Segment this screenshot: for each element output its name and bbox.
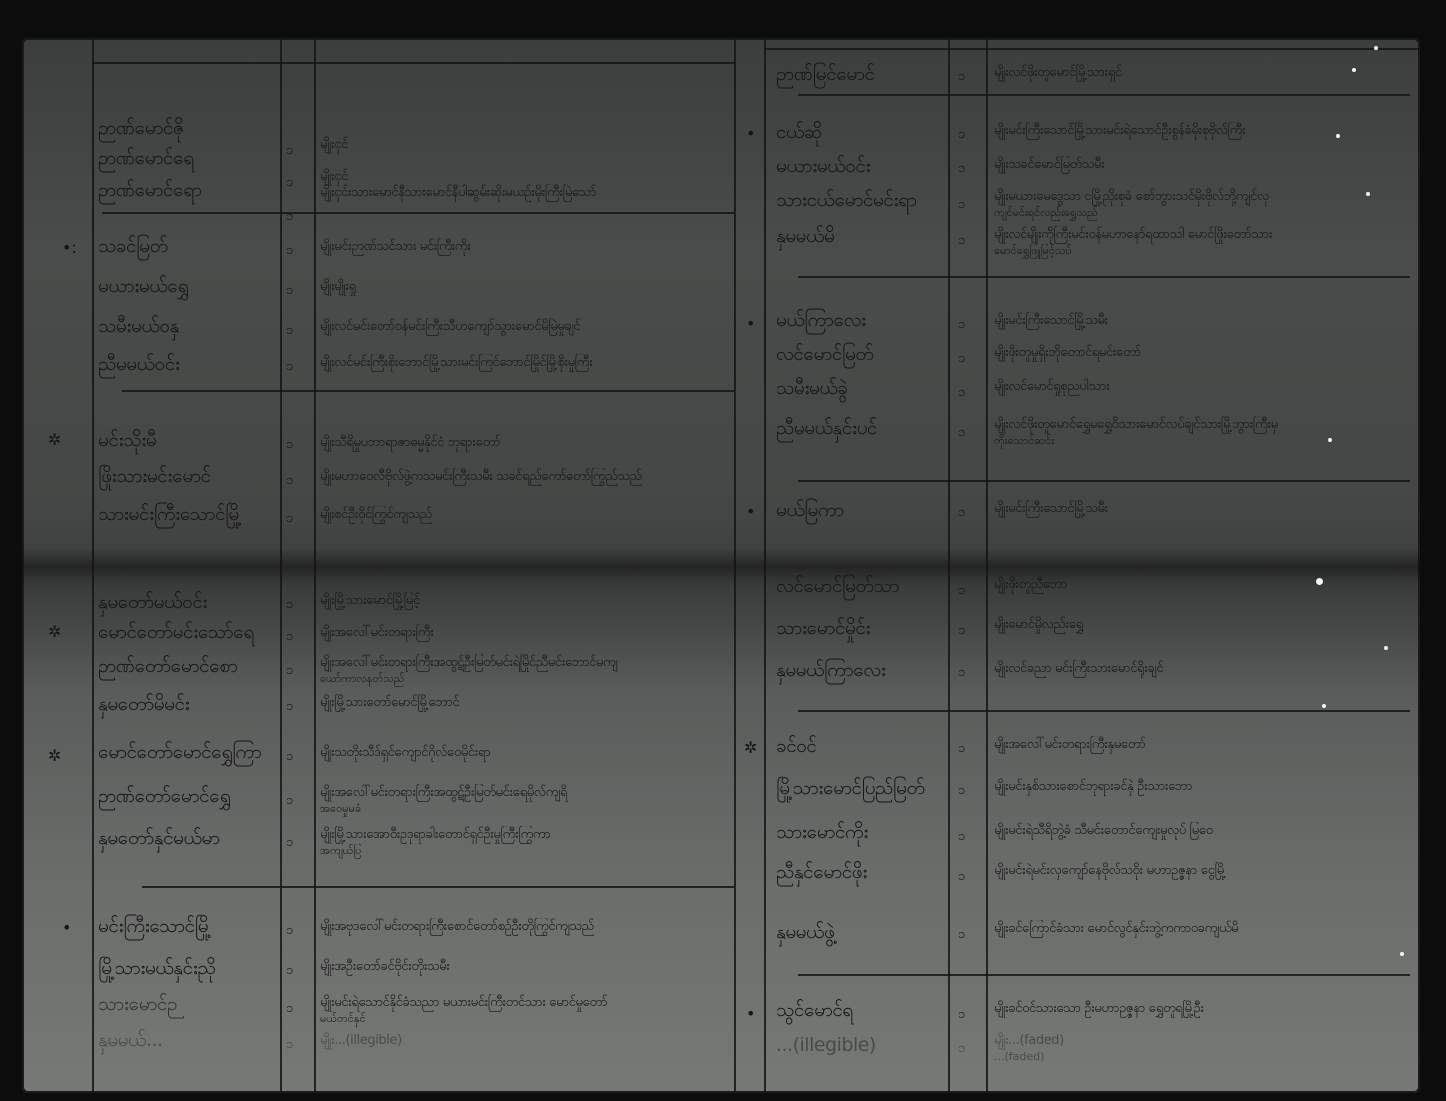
entry-description: မျိုးသီရိမှုပဘာရာဇာဓမ္မနိုင်ငံ ဘုရားတော် [320,434,730,453]
entry-description: မျိုးမင်းရဲသောင်နိုင်ခံသညာ မယားမင်းကြီးတ… [320,994,730,1013]
entry-description: မျိုးမင်းကြီးသောင်မြို့သမီး [994,312,1414,331]
entry-description: မျိုးလင်မင်းတော်ဝန်မင်းကြီးသီဟကျော်သွားမ… [320,318,730,337]
column-rule [734,38,736,1093]
entry-count: ၁ [958,384,965,403]
entry-count: ၁ [958,504,965,523]
film-speck [1352,68,1356,72]
entry-name: လင်မောင်မြတ်သာ [776,574,899,602]
entry-description: မျိုးမြို့သားအောဝီးဥဒုရာခါးတောင်ရှင်ဦးမှ… [320,826,730,845]
entry-name: ဉာဏ်တော်မောင်စော [98,654,237,682]
entry-name: သားငယ်မောင်မင်းရာ [776,188,916,216]
entry-description: မျိုးလင်ဖိုးတူမောင်မြို့သားရှင် [994,64,1414,83]
row-rule [798,276,1410,278]
entry-count: ၁ [286,142,293,161]
entry-count: ၁ [286,1000,293,1019]
row-rule [122,390,734,392]
entry-count: ၁ [958,782,965,801]
entry-count: ၁ [286,628,293,647]
entry-description: မျိုးမြို့သားမောင်မြို့မြင့် [320,592,730,611]
entry-name: လင်မောင်မြတ် [776,342,873,370]
entry-description: မျိုးဖိုးတူမှုရှိးဘိုတောင်ရမင်းတော် [994,344,1414,363]
entry-name: ဖြိုးသားမင်းမောင် [98,464,211,492]
column-rule [764,38,766,1093]
margin-dot-mark: • [746,124,755,143]
entry-count: ၁ [286,472,293,491]
entry-name: မယားမယ်ဝင်း [776,154,870,182]
entry-description: မျိုးအဦးတော်ခင်ဗိုင်းတိုးသမီး [320,958,730,977]
column-rule [948,38,950,1093]
column-rule [986,38,988,1093]
entry-count: ၁ [958,1040,965,1059]
entry-description: မျိုးအဗုဒလေါ်မင်းတရားကြီးစောင်တော်စဉ်ဦးတ… [320,918,730,937]
entry-count: ၁ [286,282,293,301]
entry-name: သမီးမယ်ဝနှ [98,314,179,342]
entry-description: မျိုးမင်းကြီးသောင်မြို့သမီး [994,500,1414,519]
entry-description: မျိုးအလေါ်မင်းတရားကြီးအထွဋ်ဦးမြတ်မင်းရေမ… [320,784,730,803]
entry-name: သားမောင်ဉ [98,992,177,1020]
entry-name: မယားမယ်ရွှေ [98,274,188,302]
entry-description: မျိုးလင်မျိုးကိုကြီးမင်းဝန်မဟာနော်ရထာသါ … [994,226,1414,245]
row-rule [764,48,1420,50]
entry-description: မျိုးသတိုးသီဒ်ရှင်ကျောင်ဂိုလ်ဝေမိုင်းရာ [320,744,730,763]
entry-count: ၁ [286,174,293,193]
entry-count: ၁ [958,160,965,179]
entry-name: နှမတော်နှင်မယ်မာ [98,826,220,854]
entry-count: ၁ [958,424,965,443]
entry-count: ၁ [286,208,293,227]
entry-count: ၁ [286,436,293,455]
film-speck [1384,646,1388,650]
entry-name: သွင်မောင်ရ [776,998,853,1026]
entry-count: ၁ [958,740,965,759]
entry-name: ငယ်ဆို [776,120,822,148]
margin-mark: •: [62,238,77,257]
entry-name: မောင်တော်မောင်ရွှေကြာ [98,740,261,768]
entry-description: မျိုးခင်ဝင်သားသော ဦးမဟာဥဇ္ဇနာ ရွှေတူရမြိ… [994,1000,1414,1019]
entry-description: မျိုးခင်ကြောင်ခံသား မောင်လွင်နှင်းဘွဲ့ကက… [994,920,1414,939]
entry-count: ၁ [958,68,965,87]
entry-name: မြို့သားမောင်ပြည်မြတ် [776,776,924,804]
entry-name: ဉာဏ်မြင်မောင် [776,62,875,90]
entry-description: မျိုးဖိုးတူညီဘော [994,576,1414,595]
entry-description: မျိုးငှင်းသားမောင်နီသားမောင်နီပါဆွမ်းဆို… [320,184,730,203]
entry-description: မျိုးမြို့သားတော်မောင်မြို့ဘောင် [320,694,730,713]
right-page: ဉာဏ်မြင်မောင် ၁ မျိုးလင်ဖိုးတူမောင်မြို့… [758,38,1420,1093]
entry-description-continued: မယ်တင်နှင် [320,1012,730,1028]
film-speck [1366,192,1370,196]
film-speck [1374,46,1378,50]
entry-description: မျိုးလင်မင်းကြီးစိုးဘောင်မြို့သားမင်းကြင… [320,354,730,373]
entry-description-continued: ကျင်မင်းရင်လည်းရွှေသည် [994,206,1414,222]
film-speck [1328,438,1332,442]
entry-description: မျိုးမယားမေဒွေသာ ငမြို့ညိုးစုခံ စော်ဘွား… [994,188,1414,207]
entry-name: နှမမယ်မိ [776,224,834,252]
margin-rosette-mark: ✲ [48,622,61,641]
entry-name: ဉာဏ်တော်မောင်ရွှေ [98,784,230,812]
entry-count: ၁ [958,582,965,601]
entry-description-continued: အဝေမှုမခံ [320,802,730,818]
entry-name: မင်းကြီးသောင်မြို့ [98,914,211,942]
entry-name: သားမောင်မှိုင်း [776,616,870,644]
entry-description-continued: ...(faded) [994,1050,1414,1063]
entry-description-continued: ကိုးသောင်ဆင်း [994,434,1414,450]
entry-name: မင်းသိုးမီ [98,428,156,456]
entry-name: သခင်မြတ် [98,234,168,262]
entry-count: ၁ [958,196,965,215]
column-rule [314,38,316,1093]
entry-count: ၁ [286,596,293,615]
row-rule [102,212,734,214]
entry-name: နှမမယ်ကြာလေး [776,658,886,686]
margin-dot-mark: • [62,918,71,937]
column-rule [280,38,282,1093]
entry-name: နှမတော်မယ်ဝင်း [98,590,207,618]
entry-name: ဉာဏ်မောင်ရော [98,178,202,206]
film-speck [1322,704,1326,708]
entry-name: နှမမယ်ဖွဲ့ [776,920,834,948]
left-page: ဉာဏ်မောင်ဇို ၁ မျိုးငှင် ဉာဏ်မောင်ရေ ၁ မ… [22,38,758,1093]
entry-description-continued: မောင်ရွှေဖြူမြင့်သပ် [994,244,1414,260]
film-speck [1336,134,1340,138]
row-rule [798,480,1410,482]
margin-rosette-mark: ✲ [744,738,757,757]
entry-description: မျိုးမင်းရဲသီရိဘွဲ့ခံ သီမင်းတောင်ကျေးမှု… [994,822,1414,841]
entry-description: မျိုးသခင်မောင်မြတ်သမီး [994,156,1414,175]
entry-count: ၁ [958,926,965,945]
entry-name: ခင်ဝင် [776,734,816,762]
row-rule [798,94,1410,96]
row-rule [92,62,734,64]
entry-count: ၁ [286,510,293,529]
entry-name: သမီးမယ်ခွဲ [776,376,848,404]
film-speck [1400,952,1404,956]
entry-count: ၁ [286,242,293,261]
entry-description: မျိုးငှင် [320,136,730,155]
entry-count: ၁ [958,316,965,335]
entry-name: မယ်မြကာ [776,498,844,526]
entry-description: မျိုးအလေါ်မင်းတရားကြီးနှမတော် [994,736,1414,755]
entry-description: မျိုးစင်ဦးဝိုင်ကြွင်ကျသည် [320,506,730,525]
entry-description: မျိုးမဟာဝေလီဗိုလ်ဖွဲ့ကသမင်းကြီးသမီး သခင်… [320,468,730,487]
margin-dot-mark: • [746,1004,755,1023]
entry-count: ၁ [286,662,293,681]
entry-description: မျိုးမင်းဉာဏ်သင်သား မင်းကြီးကိုး [320,238,730,257]
entry-count: ၁ [286,834,293,853]
entry-name-faded: ...(illegible) [776,1034,876,1056]
entry-count: ၁ [286,748,293,767]
margin-dot-mark: • [746,314,755,333]
column-rule [92,38,94,1093]
entry-name: သားမောင်ကိုး [776,820,868,848]
entry-name: မြို့သားမယ်နှင်းညို [98,956,215,984]
entry-count: ၁ [286,1036,293,1055]
entry-description-continued: ယော်ကာလနတ်သည် [320,672,730,688]
entry-description: မျိုးမောင်မှိုလည်းရွှေ [994,616,1414,635]
margin-dot-mark: • [746,502,755,521]
entry-description-faded: မျိုး...(illegible) [320,1032,730,1051]
entry-name: ညီနှင်မောင်ဖိုး [776,860,867,888]
entry-count: ၁ [958,828,965,847]
entry-description: မျိုးမင်းကြီးသောင်မြို့သားမင်းရဲသောင်ဦးစ… [994,122,1414,141]
entry-count: ၁ [286,322,293,341]
entry-name: သားမင်းကြီးသောင်မြို့ [98,502,242,530]
manuscript-sheet: ဉာဏ်မောင်ဇို ၁ မျိုးငှင် ဉာဏ်မောင်ရေ ၁ မ… [22,38,1420,1093]
entry-count: ၁ [958,622,965,641]
entry-name: ဉာဏ်မောင်ဇို [98,116,184,144]
film-speck [1316,578,1323,585]
entry-count: ၁ [958,350,965,369]
entry-name: ညီမမယ်ဝင်း [98,352,180,380]
entry-count: ၁ [286,922,293,941]
entry-description: မျိုးအလေါ်မင်းတရားကြီးအထွဋ်ဦးမြတ်မင်းရဲမ… [320,654,730,673]
row-rule [142,886,734,888]
entry-count: ၁ [958,232,965,251]
entry-description: မျိုးလင်ဖိုးတူမောင်ရွှေမရွှေဝိသားမောင်လပ… [994,416,1414,435]
row-rule [798,974,1410,976]
entry-description: မျိုးလင်ခညာ မင်းကြီးသားမောင်ရိုးချင် [994,660,1414,679]
entry-name: မယ်ကြာလေး [776,308,866,336]
entry-name-faded: နှမမယ်... [98,1028,163,1056]
entry-count: ၁ [958,868,965,887]
entry-count: ၁ [286,698,293,717]
entry-description: မျိုးမျိုးရှု [320,278,730,297]
entry-name: မောင်တော်မင်းသော်ရေ [98,620,254,648]
entry-count: ၁ [286,358,293,377]
entry-count: ၁ [286,792,293,811]
entry-description: မျိုးလင်မောင်ရှုစုညပါသား [994,378,1414,397]
entry-description: မျိုးမင်းနှစ်သားစောင်ဘုရားခင်နှဲ ဦးသားဘေ… [994,778,1414,797]
entry-name: ညီမမယ်နှင်းပင် [776,416,877,444]
margin-rosette-mark: ✲ [48,746,61,765]
entry-count: ၁ [958,126,965,145]
entry-count: ၁ [958,1006,965,1025]
entry-count: ၁ [958,664,965,683]
entry-name: ဉာဏ်မောင်ရေ [98,146,194,174]
entry-description-faded: မျိုး...(faded) [994,1032,1414,1051]
entry-description-continued: အကျယ်ပြ [320,844,730,860]
margin-rosette-mark: ✲ [48,430,61,449]
entry-name: နှမတော်မိမင်း [98,692,189,720]
entry-description: မျိုးမင်းရဲမင်းလှကျော်နေဗိုလ်သဝိုး မဟာဥဇ… [994,862,1414,881]
row-rule [798,710,1410,712]
entry-description: မျိုးအလေါ်မင်းတရားကြီး [320,624,730,643]
entry-count: ၁ [286,962,293,981]
